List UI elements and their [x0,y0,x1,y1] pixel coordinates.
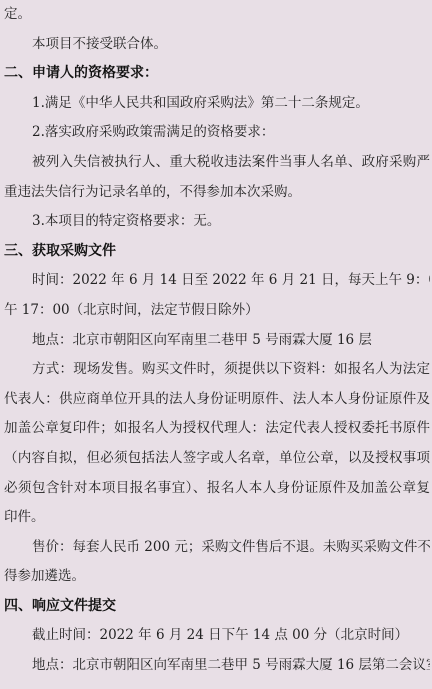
text-line: 必须包含针对本项目报名事宜）、报名人本人身份证原件及加盖公章复 [4,474,430,504]
section-heading-3: 三、获取采购文件 [4,237,430,267]
section-heading-2: 二、申请人的资格要求： [4,59,430,89]
text-line: 地点：北京市朝阳区向军南里二巷甲 5 号雨霖大厦 16 层第二会议室 [4,651,430,681]
text-line: 印件。 [4,503,430,533]
text-line: 3.本项目的特定资格要求：无。 [4,207,430,237]
text-line: 被列入失信被执行人、重大税收违法案件当事人名单、政府采购严 [4,148,430,178]
text-line: 加盖公章复印件；如报名人为授权代理人：法定代表人授权委托书原件 [4,414,430,444]
text-line: 时间：2022 年 6 月 14 日至 2022 年 6 月 21 日，每天上午… [4,266,430,296]
document-body: 定。 本项目不接受联合体。 二、申请人的资格要求： 1.满足《中华人民共和国政府… [0,0,432,681]
text-line: 1.满足《中华人民共和国政府采购法》第二十二条规定。 [4,89,430,119]
text-line: 本项目不接受联合体。 [4,30,430,60]
text-line: 重违法失信行为记录名单的，不得参加本次采购。 [4,178,430,208]
text-line: 定。 [4,0,430,30]
text-line: 得参加遴选。 [4,562,430,592]
text-line: 截止时间：2022 年 6 月 24 日下午 14 点 00 分（北京时间） [4,621,430,651]
text-line: 方式：现场发售。购买文件时，须提供以下资料：如报名人为法定 [4,355,430,385]
text-line: （内容自拟，但必须包括法人签字或人名章，单位公章，以及授权事项 [4,444,430,474]
section-heading-4: 四、响应文件提交 [4,592,430,622]
text-line: 代表人：供应商单位开具的法人身份证明原件、法人本人身份证原件及 [4,385,430,415]
text-line: 午 17：00（北京时间，法定节假日除外） [4,296,430,326]
text-line: 地点：北京市朝阳区向军南里二巷甲 5 号雨霖大厦 16 层 [4,326,430,356]
text-line: 2.落实政府采购政策需满足的资格要求： [4,118,430,148]
text-line: 售价：每套人民币 200 元；采购文件售后不退。未购买采购文件不 [4,533,430,563]
